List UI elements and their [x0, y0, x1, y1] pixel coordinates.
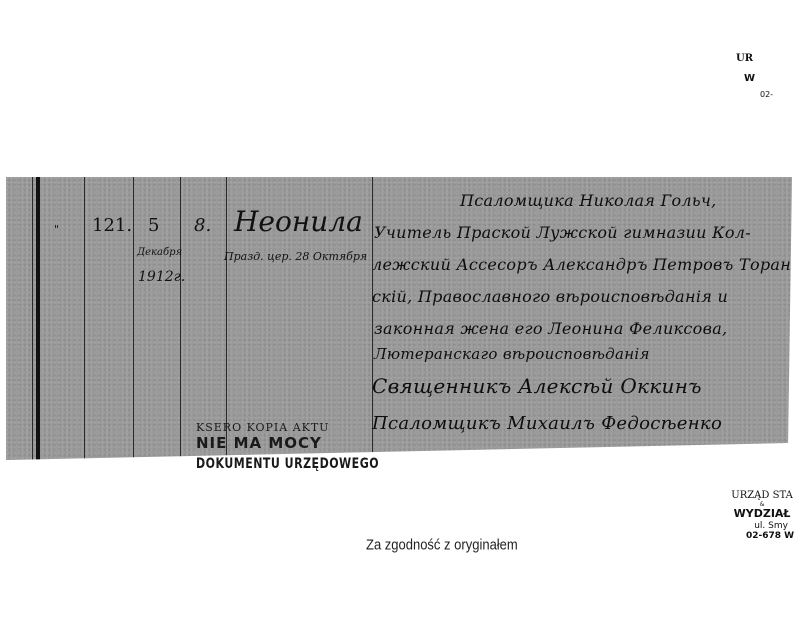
copy-stamp-line-1: KSERO KOPIA AKTU [196, 421, 379, 434]
column-divider [32, 177, 33, 460]
text-line-5: законная жена его Леонина Феликсова, [374, 319, 727, 338]
column-divider [226, 177, 227, 460]
bottom-stamp-line-3: WYDZIAŁ [730, 508, 794, 521]
day-of-month: 5 [148, 215, 159, 236]
entry-number: 121. [92, 215, 132, 236]
top-right-stamp: UR W 02- [736, 53, 773, 99]
top-stamp-line-2: W [744, 73, 773, 85]
text-line-4: скій, Православного вѣроисповѣданія и [372, 287, 728, 306]
copy-stamp-line-2: NIE MA MOCY [196, 434, 379, 452]
column-divider [180, 177, 181, 460]
bottom-right-stamp: URZĄD STA & WYDZIAŁ ul. Smy 02-678 W [730, 490, 794, 542]
column-divider [133, 177, 134, 460]
copy-stamp-line-3: DOKUMENTU URZĘDOWEGO [196, 455, 379, 472]
text-line-3: лежский Ассесоръ Александръ Петровъ Тора… [372, 255, 797, 274]
text-line-1: Псаломщика Николая Гольч, [460, 191, 717, 210]
text-line-6: Лютеранскаго вѣроисповѣданія [374, 345, 650, 363]
text-line-2: Учитель Праской Лужской гимназии Кол- [374, 223, 751, 242]
priest-signature: Священникъ Алексѣй Оккинъ [372, 374, 702, 398]
year: 1912г. [138, 269, 185, 285]
column-divider [84, 177, 85, 460]
ditto-mark: " [54, 223, 59, 236]
scanned-register-page: " 121. 5 Декабря 1912г. 8. Неонила Празд… [6, 177, 792, 460]
given-name: Неонила [234, 205, 363, 238]
copy-stamp: KSERO KOPIA AKTU NIE MA MOCY DOKUMENTU U… [196, 421, 379, 471]
top-stamp-line-3: 02- [760, 90, 773, 99]
bottom-stamp-line-5: 02-678 W [746, 531, 794, 541]
month: Декабря [137, 247, 182, 258]
certification-stamp: Za zgodność z oryginałem [366, 536, 518, 553]
psalmist-signature: Псаломщикъ Михаилъ Федосѣенко [372, 413, 722, 434]
top-stamp-line-1: UR [736, 53, 773, 65]
column-divider-thick [36, 177, 40, 460]
date-note: Празд. цер. 28 Октября [224, 250, 367, 263]
second-number: 8. [194, 215, 211, 236]
bottom-stamp-line-1: URZĄD STA [730, 490, 794, 502]
bottom-stamp-line-4: ul. Smy [748, 521, 794, 531]
